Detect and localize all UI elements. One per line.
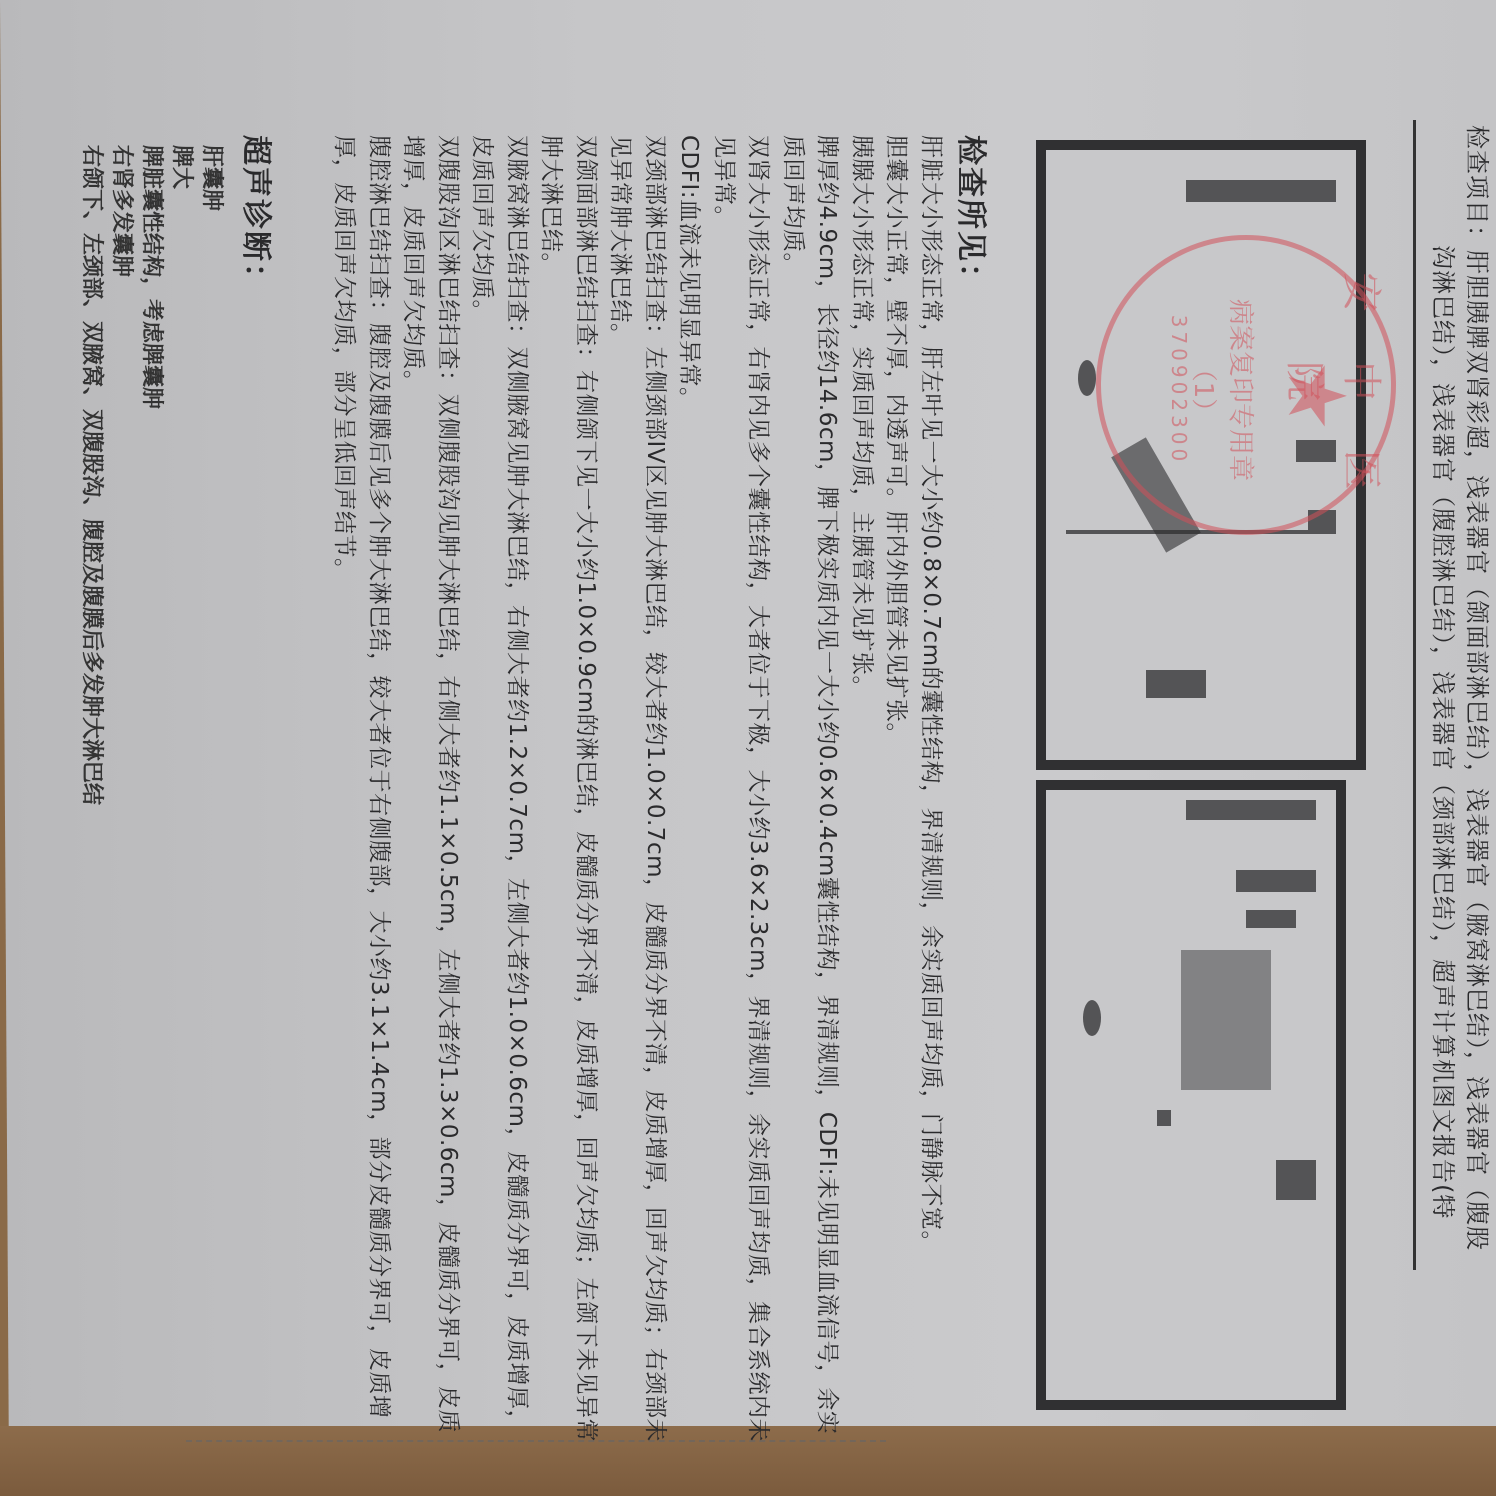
finding-neck-lymph: 双颈部淋巴结扫查：左侧颈部IV区见肿大淋巴结，较大者约1.0×0.7cm，皮髓质… bbox=[603, 135, 672, 1445]
finding-abdominal-lymph: 腹腔淋巴结扫查：腹腔及腹膜后见多个肿大淋巴结，较大者位于右侧腹部，大小约3.1×… bbox=[327, 135, 396, 1445]
finding-maxillofacial-lymph: 双颌面部淋巴结扫查：右侧颌下见一大小约1.0×0.9cm的淋巴结，皮髓质分界不清… bbox=[534, 135, 603, 1445]
star-icon: ★ bbox=[1276, 360, 1356, 432]
finding-spleen: 脾厚约4.9cm，长径约14.6cm，脾下极实质内见一大小约0.6×0.4cm囊… bbox=[776, 135, 845, 1445]
stamp-purpose: 病案复印专用章（1） bbox=[1187, 280, 1261, 500]
diagnosis-item: 右颌下、左颈部、双腋窝、双腹股沟、腹腔及腹膜后多发肿大淋巴结 bbox=[76, 145, 106, 1345]
image-overlay-text bbox=[1236, 870, 1316, 892]
ultrasound-region bbox=[1181, 950, 1271, 1090]
image-overlay-text bbox=[1186, 800, 1316, 820]
finding-inguinal-lymph: 双腹股沟区淋巴结扫查：双侧腹股沟见肿大淋巴结，右侧大者约1.1×0.5cm，左侧… bbox=[396, 135, 465, 1445]
page-fold-edge bbox=[186, 1440, 886, 1446]
diagnosis-title: 超声诊断： bbox=[237, 135, 281, 295]
image-overlay-text bbox=[1276, 1160, 1316, 1200]
diagnosis-list: 肝囊肿 脾大 脾脏囊性结构，考虑脾囊肿 右肾多发囊肿 右颌下、左颈部、双腋窝、双… bbox=[76, 145, 226, 1345]
diagnosis-item: 脾大 bbox=[166, 145, 196, 1345]
image-overlay-text bbox=[1083, 1000, 1101, 1036]
image-overlay-text bbox=[1246, 910, 1296, 928]
finding-gallbladder: 胆囊大小正常，壁不厚，内透声可。肝内外胆管未见扩张。 bbox=[879, 135, 914, 1445]
hospital-seal-stamp: 安 中 医院 ★ 病案复印专用章（1） 370902300 bbox=[1096, 235, 1396, 535]
exam-items-line-2: 沟淋巴结），浅表器官（腹腔淋巴结），浅表器官（颈部淋巴结），超声计算机图文报告(… bbox=[1426, 245, 1460, 1219]
finding-axillary-lymph: 双腋窝淋巴结扫查：双侧腋窝见肿大淋巴结，右侧大者约1.2×0.7cm，左侧大者约… bbox=[465, 135, 534, 1445]
ultrasound-report-page: 检查项目：肝胆胰脾双肾彩超，浅表器官（颌面部淋巴结），浅表器官（腋窝淋巴结），浅… bbox=[0, 0, 1496, 1496]
image-overlay-text bbox=[1146, 670, 1206, 698]
stamp-code: 370902300 bbox=[1167, 280, 1191, 500]
exam-items-line-1: 肝胆胰脾双肾彩超，浅表器官（颌面部淋巴结），浅表器官（腋窝淋巴结），浅表器官（腹… bbox=[1463, 250, 1491, 1251]
image-overlay-text bbox=[1186, 180, 1336, 202]
findings-body: 肝脏大小形态正常，肝左叶见一大小约0.8×0.7cm的囊性结构，界清规则，余实质… bbox=[327, 135, 948, 1445]
diagnosis-item: 右肾多发囊肿 bbox=[106, 145, 136, 1345]
finding-kidneys: 双肾大小形态正常，右肾内见多个囊性结构，大者位于下极，大小约3.6×2.3cm，… bbox=[707, 135, 776, 1445]
exam-items-label: 检查项目： bbox=[1463, 125, 1491, 250]
diagnosis-item: 肝囊肿 bbox=[196, 145, 226, 1345]
findings-title: 检查所见： bbox=[952, 135, 996, 295]
finding-cdfi: CDFI:血流未见明显异常。 bbox=[672, 135, 707, 1445]
finding-liver: 肝脏大小形态正常，肝左叶见一大小约0.8×0.7cm的囊性结构，界清规则，余实质… bbox=[914, 135, 949, 1445]
diagnosis-item: 脾脏囊性结构，考虑脾囊肿 bbox=[136, 145, 166, 1345]
finding-pancreas: 胰腺大小形态正常，实质回声均质，主胰管未见扩张。 bbox=[845, 135, 880, 1445]
ultrasound-image-2 bbox=[1036, 780, 1346, 1410]
header-divider bbox=[1413, 120, 1416, 1270]
image-scale-bar bbox=[1066, 530, 1336, 534]
image-overlay-text bbox=[1078, 360, 1096, 396]
image-overlay-text bbox=[1157, 1110, 1171, 1126]
